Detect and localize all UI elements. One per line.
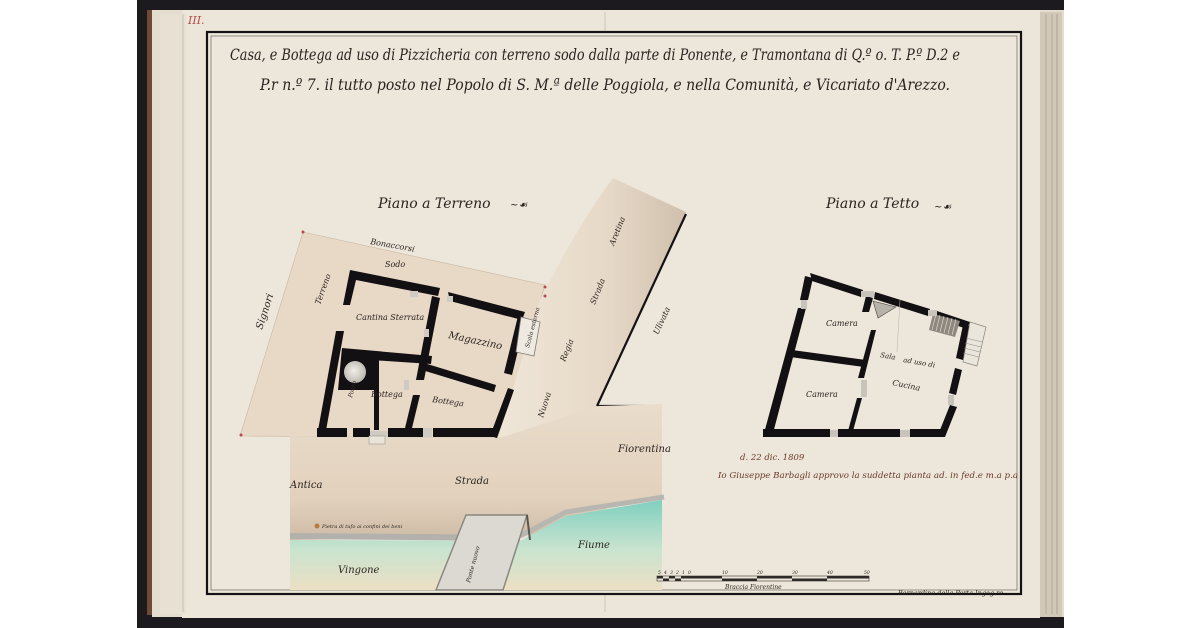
label-fiume: Fiume	[577, 540, 610, 551]
svg-text:2: 2	[675, 570, 679, 576]
room-bottega-small: Bottega	[370, 390, 403, 399]
svg-text:0: 0	[688, 570, 691, 576]
room-camera-top: Camera	[826, 319, 858, 328]
flourish: ~☙	[510, 200, 528, 211]
label-vingone: Vingone	[338, 565, 380, 576]
svg-text:20: 20	[756, 570, 763, 576]
svg-text:3: 3	[670, 570, 673, 576]
svg-text:10: 10	[722, 570, 728, 576]
surveyor-signature: Bernardino della Porta Ingeg.re	[897, 589, 1003, 597]
well-pozzo	[344, 361, 366, 383]
manuscript-plan-image: III. Casa, e Bottega ad uso di Pizzicher…	[0, 0, 1200, 628]
svg-text:5: 5	[658, 570, 661, 576]
scale-unit: Braccia Fiorentine	[724, 584, 782, 591]
scale-bar	[657, 576, 869, 581]
label-fiorentina: Fiorentina	[617, 444, 671, 455]
label-strada: Strada	[455, 476, 489, 487]
svg-text:30: 30	[792, 570, 798, 576]
marker-dot	[315, 524, 320, 529]
label-antica: Antica	[289, 480, 322, 491]
title-line-1: Casa, e Bottega ad uso di Pizzicheria co…	[230, 46, 960, 64]
marker-note: Pietra di tufo ai confini dei beni	[321, 524, 403, 530]
heading-piano-tetto: Piano a Tetto	[825, 196, 919, 212]
flourish-right: ~☙	[934, 202, 952, 213]
heading-piano-terreno: Piano a Terreno	[377, 196, 491, 212]
annotation-approval: Io Giuseppe Barbagli approvo la suddetta…	[717, 471, 1018, 481]
svg-text:50: 50	[864, 570, 870, 576]
annotation-date: d. 22 dic. 1809	[740, 453, 805, 463]
svg-text:40: 40	[826, 570, 833, 576]
svg-text:1: 1	[682, 570, 685, 576]
svg-text:4: 4	[663, 570, 667, 576]
room-camera-bottom: Camera	[806, 390, 838, 399]
entry-steps	[369, 436, 385, 444]
plate-number: III.	[187, 14, 205, 27]
title-line-2: P.r n.º 7. il tutto posto nel Popolo di …	[259, 76, 950, 94]
label-sodo: Sodo	[385, 260, 405, 269]
room-cantina: Cantina Sterrata	[356, 313, 424, 322]
